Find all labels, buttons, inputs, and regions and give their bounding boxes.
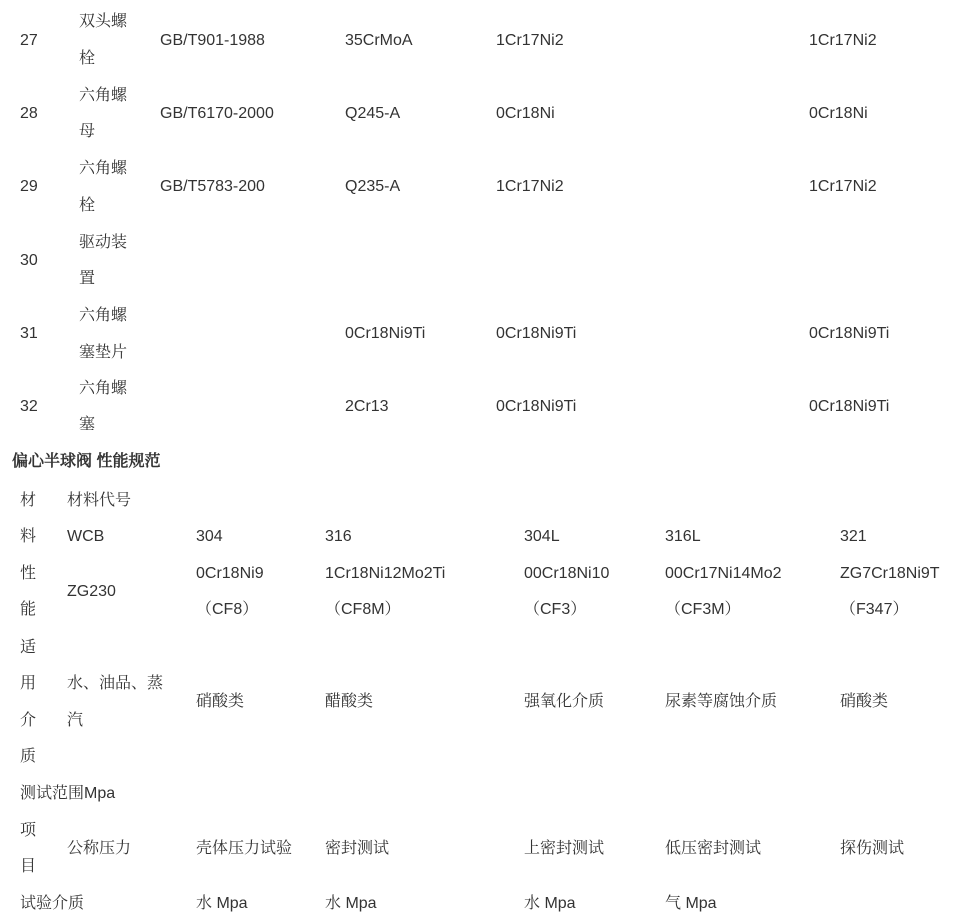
test-item: 上密封测试 [524, 839, 604, 859]
material-grade: 00Cr17Ni14Mo2 [665, 564, 782, 584]
test-medium: 水 Mpa [196, 894, 248, 914]
material-code: 316 [325, 527, 352, 547]
material-grade: 0Cr18Ni9 [196, 564, 264, 584]
medium: 硝酸类 [196, 692, 244, 712]
label-char: 能 [20, 600, 36, 620]
part-material-a: Q235-A [345, 177, 400, 197]
test-medium: 气 Mpa [665, 894, 717, 914]
part-material-c: 0Cr18Ni9Ti [809, 324, 889, 344]
material-grade-alias: （CF3） [524, 600, 586, 620]
part-material-c: 1Cr17Ni2 [809, 31, 877, 51]
part-name-line1: 驱动装 [79, 233, 127, 253]
material-grade: ZG230 [67, 582, 116, 602]
material-code: 304 [196, 527, 223, 547]
part-name-line1: 六角螺 [79, 306, 127, 326]
label-char: 目 [20, 857, 36, 877]
part-number: 32 [20, 397, 38, 417]
test-medium: 水 Mpa [325, 894, 377, 914]
test-item: 探伤测试 [840, 839, 904, 859]
part-name-line2: 塞 [79, 415, 95, 435]
label-char: 料 [20, 527, 36, 547]
label-char: 性 [20, 564, 36, 584]
material-code: 321 [840, 527, 867, 547]
part-material-c: 0Cr18Ni [809, 104, 868, 124]
part-material-b: 0Cr18Ni9Ti [496, 324, 576, 344]
material-code-header: 材料代号 [67, 491, 131, 511]
part-standard: GB/T5783-200 [160, 177, 265, 197]
part-name-line1: 六角螺 [79, 159, 127, 179]
part-material-a: 2Cr13 [345, 397, 389, 417]
material-code: 304L [524, 527, 560, 547]
medium: 醋酸类 [325, 692, 373, 712]
test-medium: 水 Mpa [524, 894, 576, 914]
material-grade: 1Cr18Ni12Mo2Ti [325, 564, 445, 584]
test-item: 低压密封测试 [665, 839, 761, 859]
test-medium-label: 试验介质 [20, 894, 84, 914]
part-material-a: Q245-A [345, 104, 400, 124]
part-material-b: 0Cr18Ni [496, 104, 555, 124]
label-char: 介 [20, 711, 36, 731]
part-name-line2: 栓 [79, 196, 95, 216]
material-grade: ZG7Cr18Ni9T [840, 564, 940, 584]
part-material-c: 0Cr18Ni9Ti [809, 397, 889, 417]
medium: 尿素等腐蚀介质 [665, 692, 777, 712]
part-standard: GB/T901-1988 [160, 31, 265, 51]
part-number: 28 [20, 104, 38, 124]
test-item: 密封测试 [325, 839, 389, 859]
test-item: 公称压力 [67, 839, 131, 859]
medium: 硝酸类 [840, 692, 888, 712]
material-grade-alias: （CF8） [196, 600, 258, 620]
test-item: 壳体压力试验 [196, 839, 292, 859]
material-grade-alias: （F347） [840, 600, 908, 620]
label-char: 材 [20, 491, 36, 511]
part-number: 29 [20, 177, 38, 197]
medium-cont: 汽 [67, 711, 83, 731]
part-material-c: 1Cr17Ni2 [809, 177, 877, 197]
part-name-line2: 栓 [79, 49, 95, 69]
part-number: 31 [20, 324, 38, 344]
medium: 水、油品、蒸 [67, 674, 163, 694]
part-number: 30 [20, 251, 38, 271]
label-char: 质 [20, 747, 36, 767]
part-name-line1: 双头螺 [79, 12, 127, 32]
label-char: 用 [20, 674, 36, 694]
part-material-b: 0Cr18Ni9Ti [496, 397, 576, 417]
label-char: 项 [20, 821, 36, 841]
part-name-line1: 六角螺 [79, 86, 127, 106]
part-name-line2: 置 [79, 269, 95, 289]
material-grade-alias: （CF3M） [665, 600, 741, 620]
part-number: 27 [20, 31, 38, 51]
test-range-label: 测试范围Mpa [20, 784, 115, 804]
part-material-b: 1Cr17Ni2 [496, 177, 564, 197]
label-char: 适 [20, 638, 36, 658]
part-name-line2: 塞垫片 [79, 343, 127, 363]
part-name-line2: 母 [79, 122, 95, 142]
material-code: WCB [67, 527, 104, 547]
medium: 强氧化介质 [524, 692, 604, 712]
material-grade-alias: （CF8M） [325, 600, 401, 620]
part-name-line1: 六角螺 [79, 379, 127, 399]
section-heading: 偏心半球阀 性能规范 [12, 452, 160, 472]
part-material-a: 0Cr18Ni9Ti [345, 324, 425, 344]
part-material-a: 35CrMoA [345, 31, 413, 51]
part-standard: GB/T6170-2000 [160, 104, 274, 124]
material-grade: 00Cr18Ni10 [524, 564, 609, 584]
part-material-b: 1Cr17Ni2 [496, 31, 564, 51]
material-code: 316L [665, 527, 701, 547]
